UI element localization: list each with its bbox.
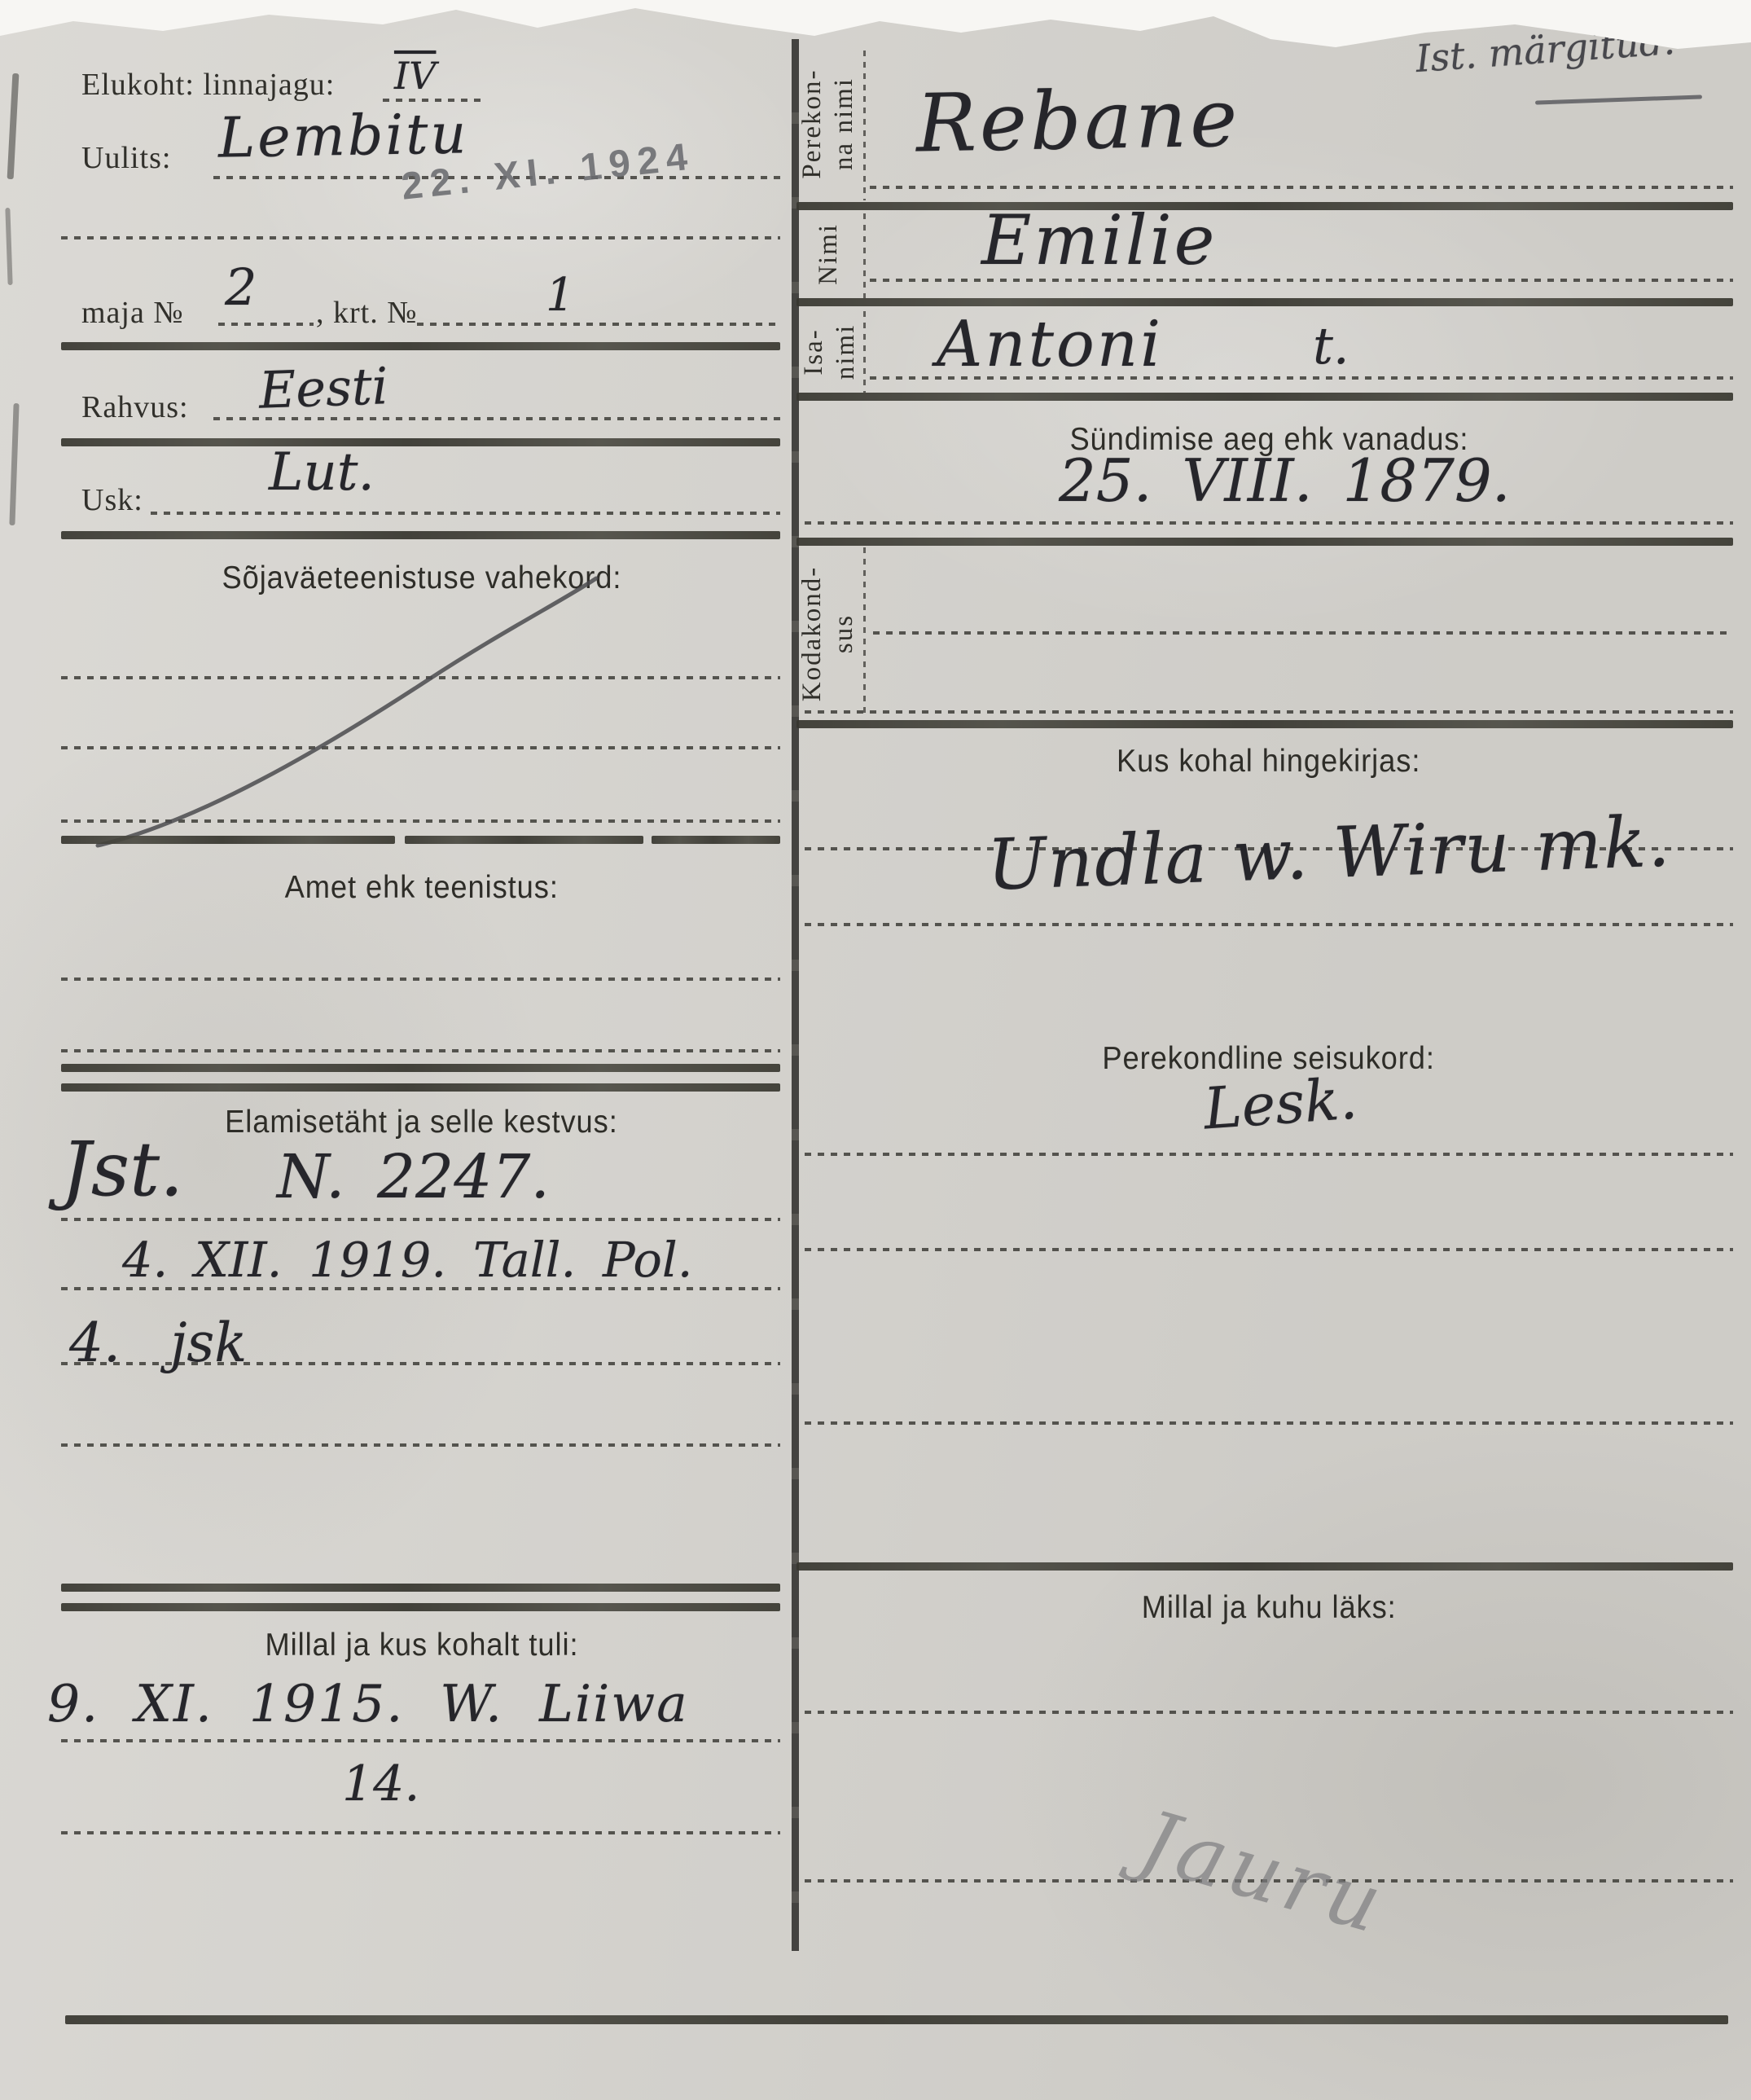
dotted-line xyxy=(61,1287,780,1290)
dotted-line xyxy=(870,186,1733,189)
torn-edge-mark xyxy=(7,73,20,179)
dotted-line xyxy=(383,99,485,102)
millal-tuli-value2: 14. xyxy=(342,1755,419,1812)
dotted-line xyxy=(218,323,314,326)
usk-value: Lut. xyxy=(269,442,375,503)
dotted-line xyxy=(805,1153,1733,1156)
section-rule xyxy=(797,538,1733,546)
torn-edge-mark xyxy=(9,403,19,525)
torn-edge-mark xyxy=(5,208,12,285)
dotted-line xyxy=(870,376,1733,380)
section-rule xyxy=(61,1083,780,1092)
millal-tuli-value: 9. XI. 1915. W. Liiwa xyxy=(47,1674,689,1733)
section-rule xyxy=(797,720,1733,728)
section-rule xyxy=(405,836,643,844)
rahvus-value: Eesti xyxy=(258,356,389,420)
millal-tuli-header: Millal ja kus kohalt tuli: xyxy=(61,1628,782,1663)
dotted-line xyxy=(61,1218,780,1221)
dotted-line xyxy=(151,512,780,515)
section-rule xyxy=(797,202,1733,210)
elukoht-label: Elukoht: linnajagu: xyxy=(81,67,335,103)
elamistaht-entry: 4. XII. 1919. Tall. Pol. xyxy=(122,1232,692,1288)
dotted-line xyxy=(61,1362,780,1365)
perekonnanimi-label: Perekon- na nimi xyxy=(797,42,862,205)
dotted-line xyxy=(805,1711,1733,1714)
dotted-line xyxy=(61,978,780,981)
dotted-line xyxy=(805,710,1733,714)
nimi-value: Emilie xyxy=(981,200,1217,280)
rahvus-label: Rahvus: xyxy=(81,389,189,425)
dotted-line xyxy=(61,1443,780,1447)
corner-note-underline xyxy=(1535,94,1702,104)
dotted-line xyxy=(805,1421,1733,1425)
dotted-line xyxy=(805,923,1733,926)
isanimi-suffix: t. xyxy=(1313,316,1349,376)
section-rule xyxy=(797,393,1733,401)
nimi-label: Nimi xyxy=(813,205,845,303)
dotted-line xyxy=(873,631,1733,635)
label-divider xyxy=(863,51,866,200)
seisukord-value: Lesk. xyxy=(1201,1065,1359,1143)
label-divider xyxy=(863,547,866,718)
amet-header: Amet ehk teenistus: xyxy=(61,870,782,906)
maja-nr-value: 2 xyxy=(225,257,257,317)
section-rule xyxy=(61,1603,780,1611)
bottom-rule xyxy=(65,2015,1728,2024)
section-rule xyxy=(61,1064,780,1072)
section-rule xyxy=(797,1562,1733,1571)
isanimi-value: Antoni xyxy=(937,308,1163,381)
dotted-line xyxy=(61,1739,780,1742)
section-rule xyxy=(61,438,780,446)
sund-value: 25. VIII. 1879. xyxy=(1059,446,1511,515)
scanned-registration-card: Elukoht: linnajagu: IV Uulits: Lembitu 2… xyxy=(0,0,1751,2100)
section-rule xyxy=(797,298,1733,306)
paper-sheet: Elukoht: linnajagu: IV Uulits: Lembitu 2… xyxy=(0,0,1751,2100)
elamistaht-entry: Jst. xyxy=(61,1126,183,1213)
pencil-signature: Jauru xyxy=(1130,1792,1397,1953)
kodakondsus-label: Kodakond- sus xyxy=(797,544,862,723)
section-rule xyxy=(61,836,395,844)
label-divider xyxy=(863,213,866,298)
crossout-stroke xyxy=(77,562,615,863)
label-divider xyxy=(863,311,866,393)
dotted-line xyxy=(61,1049,780,1052)
laks-header: Millal ja kuhu läks: xyxy=(805,1590,1733,1626)
hingekirjas-value: Undla w. Wiru mk. xyxy=(986,801,1673,906)
krt-nr-label: , krt. № xyxy=(316,295,417,331)
hingekirjas-header: Kus kohal hingekirjas: xyxy=(805,744,1733,780)
maja-nr-label: maja № xyxy=(81,295,184,331)
dotted-line xyxy=(805,521,1733,525)
section-rule xyxy=(61,1584,780,1592)
section-rule xyxy=(61,531,780,539)
elukoht-value: IV xyxy=(394,54,436,98)
usk-label: Usk: xyxy=(81,482,143,518)
perekonnanimi-value: Rebane xyxy=(915,72,1241,171)
corner-note: Ist. märgitud. xyxy=(1415,19,1677,81)
section-rule xyxy=(61,342,780,350)
dotted-line xyxy=(61,1831,780,1834)
dotted-line xyxy=(870,279,1733,282)
krt-nr-value: 1 xyxy=(546,269,575,322)
dotted-line xyxy=(417,323,780,326)
elamistaht-entry: N. 2247. xyxy=(277,1142,550,1212)
dotted-line xyxy=(61,236,780,239)
isanimi-label: Isa- nimi xyxy=(798,303,860,401)
dotted-line xyxy=(805,1248,1733,1251)
uulits-label: Uulits: xyxy=(81,140,171,176)
section-rule xyxy=(652,836,780,844)
